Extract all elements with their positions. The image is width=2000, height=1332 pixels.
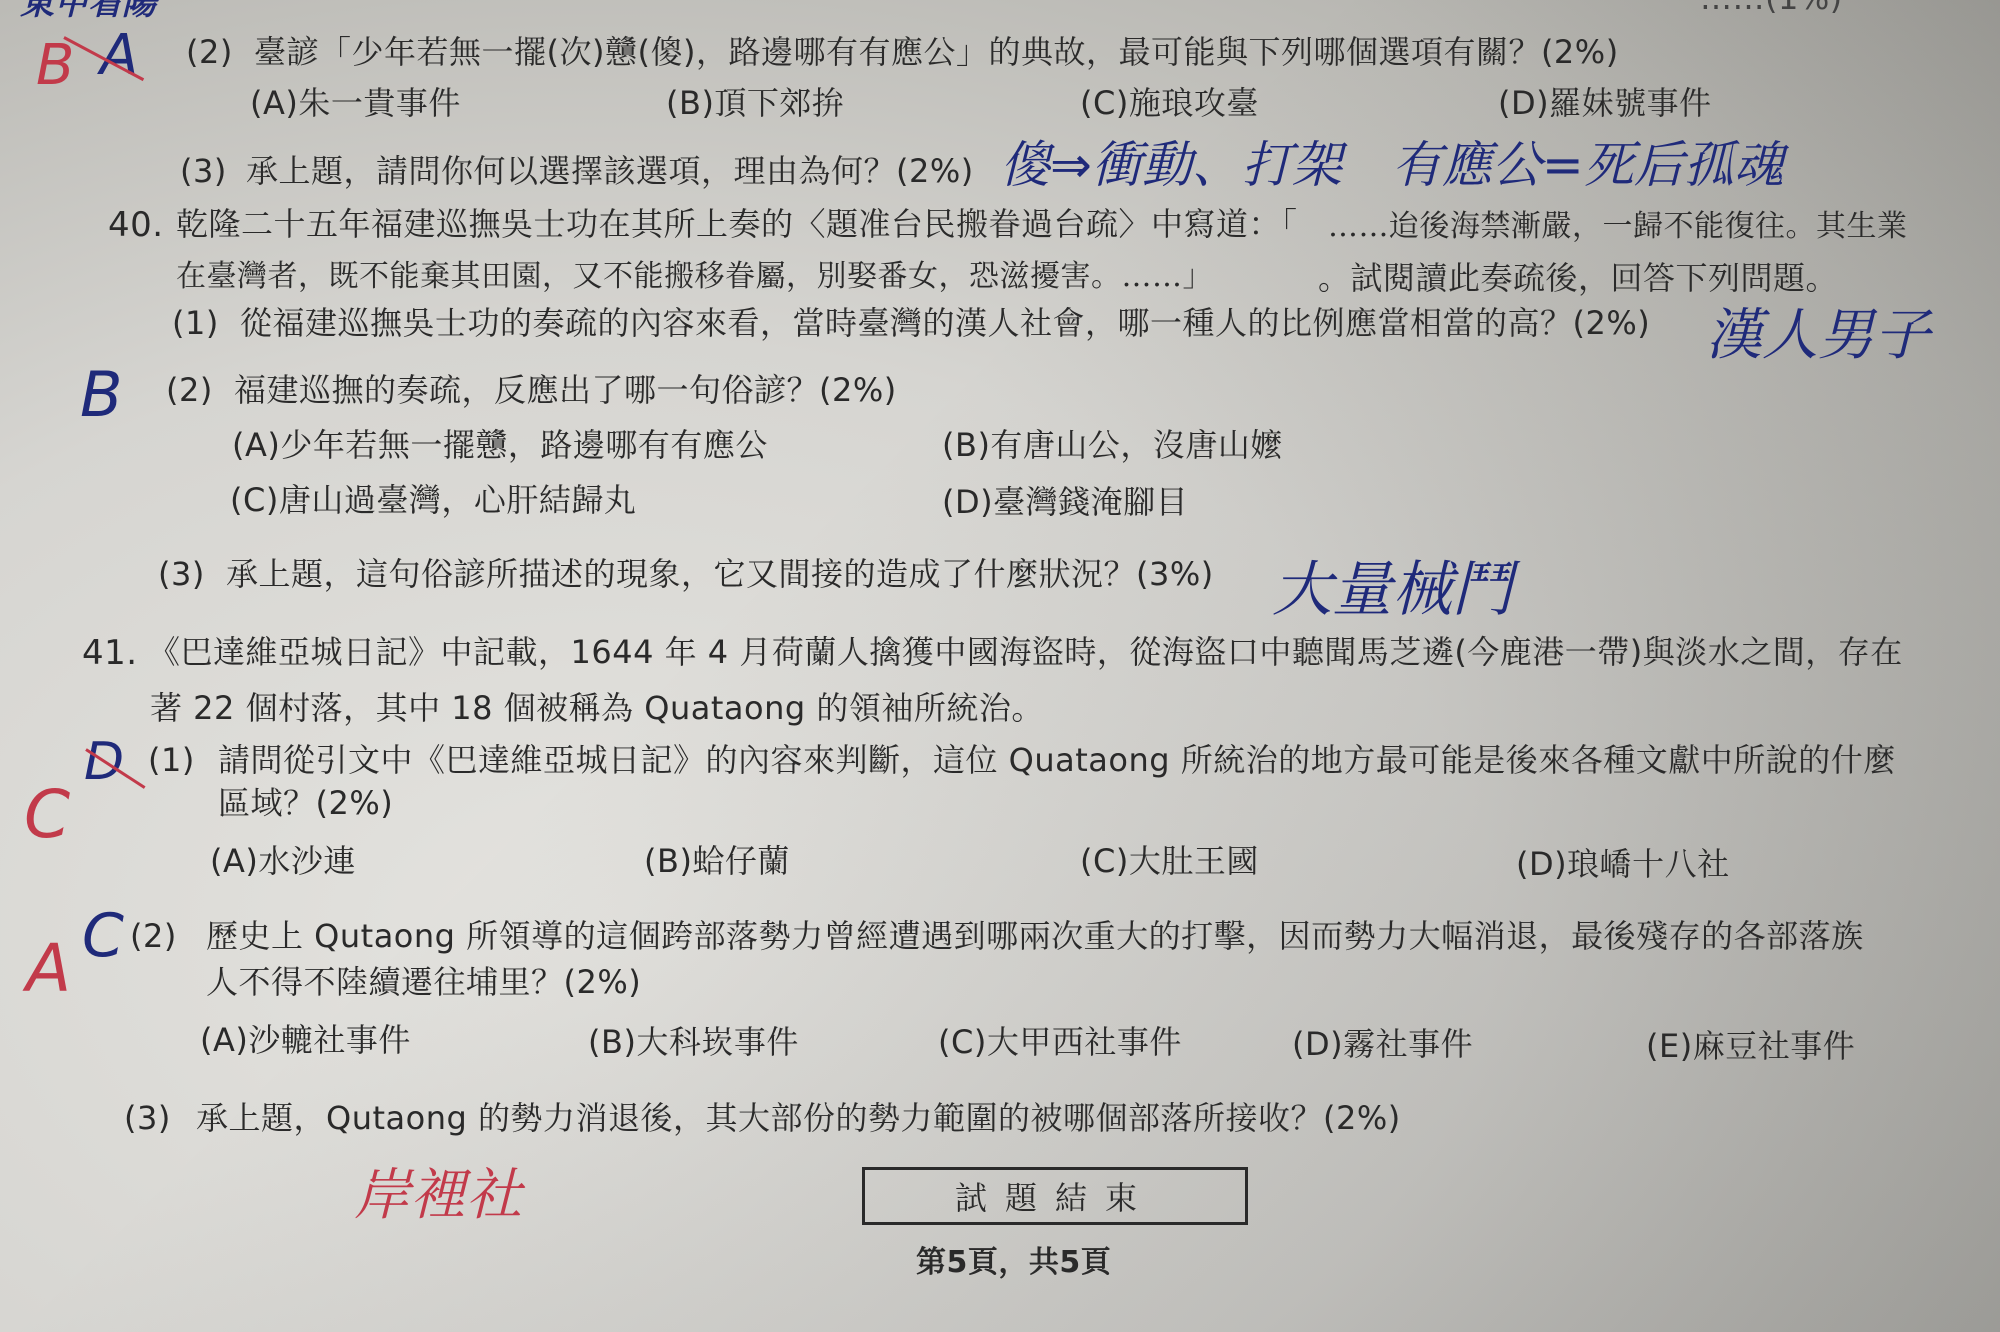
end-of-exam-box: 試題結束 xyxy=(862,1167,1248,1225)
q41-sub3-number: (3) xyxy=(124,1102,171,1134)
q40-sub2-text: 福建巡撫的奏疏，反應出了哪一句俗諺？(2%) xyxy=(234,374,897,406)
q40-sub1-number: (1) xyxy=(172,307,219,339)
q39-option-d: (D)羅妹號事件 xyxy=(1498,87,1712,119)
q40-number: 40. xyxy=(108,208,164,242)
handwritten-answer-q41-3: 岸裡社 xyxy=(354,1168,522,1224)
q41-option-d: (D)琅嶠十八社 xyxy=(1516,848,1730,880)
q39-option-a: (A)朱一貴事件 xyxy=(250,87,461,119)
q41-option-a: (A)水沙連 xyxy=(210,845,356,877)
end-of-exam-label: 試題結束 xyxy=(955,1173,1155,1219)
q40-sub2-number: (2) xyxy=(166,374,213,406)
q40-option-b: (B)有唐山公，沒唐山嬤 xyxy=(942,429,1283,461)
q40-option-c: (C)唐山過臺灣，心肝結歸丸 xyxy=(230,484,636,516)
handwritten-answer-q40-1: 漢人男子 xyxy=(1706,308,1930,364)
q41-sub1-text-line2: 區域？(2%) xyxy=(218,787,393,819)
handwritten-note-top: 東甲看陽 xyxy=(20,0,156,20)
q41-sub2-number: (2) xyxy=(130,920,177,952)
handwritten-mark-correct: B xyxy=(36,38,74,94)
q39-sub3-text: 承上題，請問你何以選擇該選項，理由為何？(2%) xyxy=(246,155,974,187)
q40-sub3-text: 承上題，這句俗諺所描述的現象，它又間接的造成了什麼狀況？(3%) xyxy=(226,558,1214,590)
q41-sub2-text-line1: 歷史上 Qutaong 所領導的這個跨部落勢力曾經遭遇到哪兩次重大的打擊，因而勢… xyxy=(206,920,1864,952)
q39-sub2-number: (2) xyxy=(186,36,233,68)
q40-stem-line1b: ……迨後海禁漸嚴，一歸不能復往。其生業 xyxy=(1328,212,1908,242)
handwritten-mark-red-q41-2: A xyxy=(26,936,71,1002)
q41-stem-line1: 《巴達維亞城日記》中記載，1644 年 4 月荷蘭人擒獲中國海盜時，從海盜口中聽… xyxy=(148,636,1903,668)
q41-option-b: (B)蛤仔蘭 xyxy=(644,845,790,877)
q40-option-d: (D)臺灣錢淹腳目 xyxy=(942,486,1188,518)
q41-2-option-d: (D)霧社事件 xyxy=(1292,1028,1473,1060)
page-number: 第5頁，共5頁 xyxy=(916,1248,1111,1278)
q41-sub3-text: 承上題，Qutaong 的勢力消退後，其大部份的勢力範圍的被哪個部落所接收？(2… xyxy=(196,1102,1401,1134)
handwritten-answer-q40-3: 大量械鬥 xyxy=(1272,560,1512,620)
q39-option-b: (B)頂下郊拚 xyxy=(666,87,844,119)
q39-option-c: (C)施琅攻臺 xyxy=(1080,87,1259,119)
q40-stem-line2a: 在臺灣者，既不能棄其田園，又不能搬移眷屬，別娶番女，恐滋擾害。……」 xyxy=(176,262,1213,292)
q39-sub3-number: (3) xyxy=(180,155,227,187)
q40-stem-line1a: 乾隆二十五年福建巡撫吳士功在其所上奏的〈題准台民搬眷過台疏〉中寫道：「 xyxy=(176,208,1298,240)
q41-sub2-text-line2: 人不得不陸續遷往埔里？(2%) xyxy=(206,966,641,998)
q39-sub2-text: 臺諺「少年若無一擺(次)戇(傻)，路邊哪有有應公」的典故，最可能與下列哪個選項有… xyxy=(254,36,1619,68)
q41-stem-line2: 著 22 個村落，其中 18 個被稱為 Quataong 的領袖所統治。 xyxy=(150,692,1044,724)
q41-sub1-text-line1: 請問從引文中《巴達維亞城日記》的內容來判斷，這位 Quataong 所統治的地方… xyxy=(218,744,1896,776)
q40-sub1-text: 從福建巡撫吳士功的奏疏的內容來看，當時臺灣的漢人社會，哪一種人的比例應當相當的高… xyxy=(240,307,1650,339)
cropped-line-fragment: ……(1%) xyxy=(1700,0,1843,14)
handwritten-mark-q40-2: B xyxy=(80,364,123,426)
q41-sub1-number: (1) xyxy=(148,744,195,776)
q41-2-option-a: (A)沙轆社事件 xyxy=(200,1024,411,1056)
handwritten-answer-q39-3: 傻⇒衝動、打架 有應公=死后孤魂 xyxy=(1000,140,1784,190)
q41-number: 41. xyxy=(82,636,138,670)
q41-2-option-e: (E)麻豆社事件 xyxy=(1646,1030,1855,1062)
handwritten-mark-correct-q41-1: C xyxy=(24,782,70,848)
q41-2-option-b: (B)大科崁事件 xyxy=(588,1026,799,1058)
q40-option-a: (A)少年若無一擺戇，路邊哪有有應公 xyxy=(232,429,768,461)
q40-stem-line2b: 。試閱讀此奏疏後，回答下列問題。 xyxy=(1318,262,1838,294)
q41-option-c: (C)大肚王國 xyxy=(1080,845,1259,877)
q41-2-option-c: (C)大甲西社事件 xyxy=(938,1026,1182,1058)
handwritten-mark-blue-q41-2: C xyxy=(82,906,124,966)
q40-sub3-number: (3) xyxy=(158,558,205,590)
